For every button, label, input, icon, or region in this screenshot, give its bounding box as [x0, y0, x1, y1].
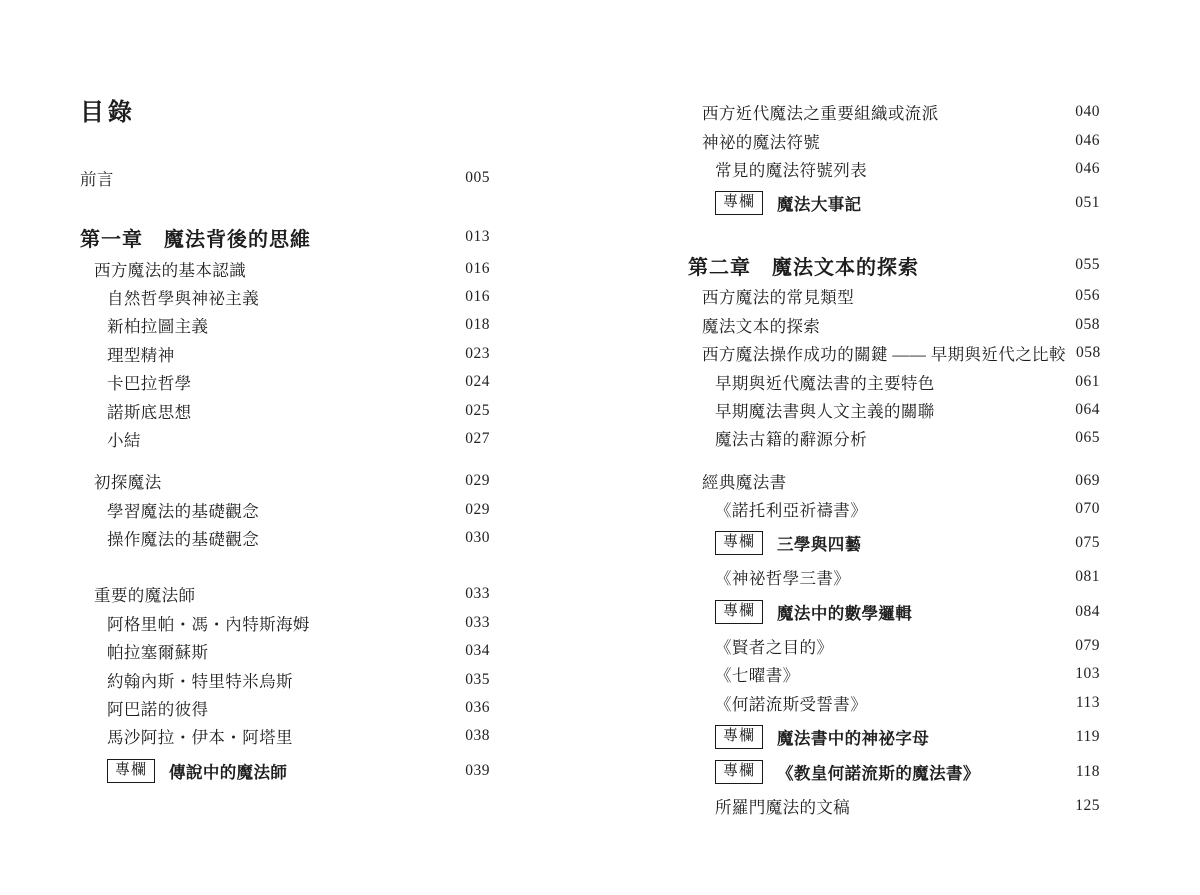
- toc-column-feature-row: 專欄三學與四藝075: [688, 528, 1100, 558]
- toc-entry-label: 所羅門魔法的文稿: [715, 794, 850, 818]
- toc-entry-row: 馬沙阿拉・伊本・阿塔里038: [80, 722, 490, 750]
- page-number: 029: [455, 472, 490, 490]
- page-number: 039: [455, 762, 490, 780]
- page-number: 125: [1065, 797, 1100, 815]
- column-badge: 專欄: [715, 600, 763, 624]
- page-number: 079: [1065, 637, 1100, 655]
- toc-entry-title: 魔法大事記: [777, 195, 862, 214]
- toc-entry-row: 西方魔法的常見類型056: [688, 282, 1100, 310]
- toc-group: 西方近代魔法之重要組織或流派040神祕的魔法符號046常見的魔法符號列表046專…: [688, 98, 1100, 218]
- toc-entry-label: 卡巴拉哲學: [107, 370, 192, 394]
- toc-entry-label: 小結: [107, 427, 141, 451]
- toc-entry-row: 帕拉塞爾蘇斯034: [80, 637, 490, 665]
- toc-group: 重要的魔法師033阿格里帕・馮・內特斯海姆033帕拉塞爾蘇斯034約翰內斯・特里…: [80, 580, 490, 785]
- toc-entry-label: 初探魔法: [94, 469, 162, 493]
- page-number: 040: [1065, 103, 1100, 121]
- toc-entry-row: 神祕的魔法符號046: [688, 126, 1100, 154]
- toc-entry-row: 自然哲學與神祕主義016: [80, 283, 490, 311]
- toc-entry-label: 專欄傳說中的魔法師: [107, 759, 287, 783]
- toc-entry-row: 所羅門魔法的文稿125: [688, 792, 1100, 820]
- toc-entry-label: 阿格里帕・馮・內特斯海姆: [107, 611, 310, 635]
- toc-entry-row: 西方魔法的基本認識016: [80, 254, 490, 282]
- page-number: 058: [1066, 344, 1101, 362]
- page-number: 069: [1065, 472, 1100, 490]
- toc-entry-label: 專欄魔法書中的神祕字母: [715, 725, 929, 749]
- toc-entry-title: 魔法中的數學邏輯: [777, 604, 912, 623]
- toc-entry-label: 西方魔法操作成功的關鍵 —— 早期與近代之比較: [702, 341, 1066, 365]
- toc-column-feature-row: 專欄魔法中的數學邏輯084: [688, 597, 1100, 627]
- toc-entry-row: 理型精神023: [80, 340, 490, 368]
- toc-entry-label: 自然哲學與神祕主義: [107, 285, 259, 309]
- column-badge: 專欄: [715, 191, 763, 215]
- page-number: 016: [455, 288, 490, 306]
- page-number: 036: [455, 699, 490, 717]
- toc-entry-label: 魔法文本的探索: [702, 313, 820, 337]
- page-number: 013: [455, 228, 490, 246]
- page-number: 051: [1065, 194, 1100, 212]
- toc-list-right: 西方近代魔法之重要組織或流派040神祕的魔法符號046常見的魔法符號列表046專…: [688, 98, 1100, 820]
- page-number: 065: [1065, 429, 1100, 447]
- toc-entry-row: 初探魔法029: [80, 467, 490, 495]
- page-number: 034: [455, 642, 490, 660]
- toc-entry-label: 經典魔法書: [702, 469, 787, 493]
- page-number: 033: [455, 614, 490, 632]
- page-number: 084: [1065, 603, 1100, 621]
- page-number: 061: [1065, 373, 1100, 391]
- toc-entry-row: 新柏拉圖主義018: [80, 311, 490, 339]
- toc-chapter-row: 第一章 魔法背後的思維013: [80, 220, 490, 254]
- toc-entry-label: 操作魔法的基礎觀念: [107, 526, 259, 550]
- page-number: 033: [455, 585, 490, 603]
- toc-entry-label: 第二章 魔法文本的探索: [688, 251, 919, 280]
- toc-entry-label: 西方魔法的常見類型: [702, 284, 854, 308]
- page-number: 119: [1066, 728, 1100, 746]
- page-number: 055: [1065, 256, 1100, 274]
- toc-group: 經典魔法書069《諾托利亞祈禱書》070專欄三學與四藝075《神祕哲學三書》08…: [688, 467, 1100, 821]
- toc-entry-row: 西方魔法操作成功的關鍵 —— 早期與近代之比較058: [688, 339, 1100, 367]
- toc-column-feature-row: 專欄魔法大事記051: [688, 188, 1100, 218]
- page-number: 070: [1065, 500, 1100, 518]
- toc-entry-label: 早期與近代魔法書的主要特色: [715, 370, 935, 394]
- page-number: 056: [1065, 287, 1100, 305]
- toc-entry-row: 卡巴拉哲學024: [80, 368, 490, 396]
- toc-entry-label: 第一章 魔法背後的思維: [80, 223, 311, 252]
- toc-entry-label: 新柏拉圖主義: [107, 313, 208, 337]
- page-title: 目錄: [80, 98, 490, 128]
- toc-entry-row: 《神祕哲學三書》081: [688, 563, 1100, 591]
- toc-column-feature-row: 專欄魔法書中的神祕字母119: [688, 722, 1100, 752]
- page-number: 046: [1065, 132, 1100, 150]
- toc-group: 第二章 魔法文本的探索055西方魔法的常見類型056魔法文本的探索058西方魔法…: [688, 248, 1100, 452]
- page-number: 058: [1065, 316, 1100, 334]
- toc-entry-row: 魔法古籍的辭源分析065: [688, 424, 1100, 452]
- page-number: 016: [455, 260, 490, 278]
- toc-column-left: 目錄 前言005第一章 魔法背後的思維013西方魔法的基本認識016自然哲學與神…: [80, 98, 490, 791]
- page-number: 029: [455, 501, 490, 519]
- page-number: 038: [455, 727, 490, 745]
- toc-entry-title: 魔法書中的神祕字母: [777, 729, 929, 748]
- toc-entry-row: 諾斯底思想025: [80, 396, 490, 424]
- toc-entry-row: 重要的魔法師033: [80, 580, 490, 608]
- page-number: 118: [1066, 763, 1100, 781]
- column-badge: 專欄: [715, 725, 763, 749]
- toc-entry-row: 經典魔法書069: [688, 467, 1100, 495]
- toc-entry-row: 早期與近代魔法書的主要特色061: [688, 367, 1100, 395]
- toc-group: 前言005: [80, 164, 490, 192]
- page-number: 005: [455, 169, 490, 187]
- toc-entry-label: 《神祕哲學三書》: [715, 565, 850, 589]
- toc-entry-title: 《教皇何諾流斯的魔法書》: [777, 764, 980, 783]
- page-number: 023: [455, 345, 490, 363]
- toc-entry-title: 傳說中的魔法師: [169, 763, 287, 782]
- toc-entry-row: 魔法文本的探索058: [688, 311, 1100, 339]
- toc-column-feature-row: 專欄《教皇何諾流斯的魔法書》118: [688, 757, 1100, 787]
- page-number: 081: [1065, 568, 1100, 586]
- toc-group: 初探魔法029學習魔法的基礎觀念029操作魔法的基礎觀念030: [80, 467, 490, 552]
- toc-entry-label: 重要的魔法師: [94, 582, 195, 606]
- page-number: 024: [455, 373, 490, 391]
- toc-entry-label: 專欄魔法中的數學邏輯: [715, 600, 912, 624]
- toc-entry-row: 早期魔法書與人文主義的關聯064: [688, 396, 1100, 424]
- toc-entry-label: 帕拉塞爾蘇斯: [107, 639, 208, 663]
- toc-entry-row: 約翰內斯・特里特米烏斯035: [80, 665, 490, 693]
- toc-entry-row: 西方近代魔法之重要組織或流派040: [688, 98, 1100, 126]
- toc-column-feature-row: 專欄傳說中的魔法師039: [80, 756, 490, 786]
- toc-entry-row: 阿格里帕・馮・內特斯海姆033: [80, 609, 490, 637]
- toc-entry-label: 《七曜書》: [715, 662, 800, 686]
- toc-entry-row: 前言005: [80, 164, 490, 192]
- page-number: 025: [455, 402, 490, 420]
- toc-entry-label: 魔法古籍的辭源分析: [715, 426, 867, 450]
- toc-list-left: 前言005第一章 魔法背後的思維013西方魔法的基本認識016自然哲學與神祕主義…: [80, 164, 490, 786]
- column-badge: 專欄: [107, 759, 155, 783]
- page-number: 027: [455, 430, 490, 448]
- toc-entry-row: 《七曜書》103: [688, 660, 1100, 688]
- page-number: 018: [455, 316, 490, 334]
- toc-entry-label: 西方近代魔法之重要組織或流派: [702, 100, 939, 124]
- toc-entry-label: 早期魔法書與人文主義的關聯: [715, 398, 935, 422]
- toc-entry-label: 西方魔法的基本認識: [94, 257, 246, 281]
- toc-entry-label: 專欄三學與四藝: [715, 531, 862, 555]
- page-number: 113: [1066, 694, 1100, 712]
- toc-chapter-row: 第二章 魔法文本的探索055: [688, 248, 1100, 282]
- toc-entry-title: 三學與四藝: [777, 535, 862, 554]
- toc-entry-label: 神祕的魔法符號: [702, 129, 820, 153]
- toc-entry-label: 《何諾流斯受誓書》: [715, 691, 867, 715]
- toc-entry-label: 常見的魔法符號列表: [715, 157, 867, 181]
- toc-entry-label: 約翰內斯・特里特米烏斯: [107, 668, 293, 692]
- toc-entry-row: 阿巴諾的彼得036: [80, 694, 490, 722]
- toc-entry-row: 操作魔法的基礎觀念030: [80, 524, 490, 552]
- toc-entry-label: 《賢者之目的》: [715, 634, 833, 658]
- page-number: 035: [455, 671, 490, 689]
- column-badge: 專欄: [715, 531, 763, 555]
- toc-entry-label: 專欄《教皇何諾流斯的魔法書》: [715, 760, 980, 784]
- toc-entry-label: 馬沙阿拉・伊本・阿塔里: [107, 724, 293, 748]
- toc-entry-label: 專欄魔法大事記: [715, 191, 862, 215]
- toc-entry-label: 《諾托利亞祈禱書》: [715, 497, 867, 521]
- toc-entry-row: 《諾托利亞祈禱書》070: [688, 495, 1100, 523]
- toc-entry-label: 前言: [80, 166, 114, 190]
- page-number: 046: [1065, 160, 1100, 178]
- toc-entry-row: 常見的魔法符號列表046: [688, 155, 1100, 183]
- page-number: 030: [455, 529, 490, 547]
- column-badge: 專欄: [715, 760, 763, 784]
- toc-entry-label: 理型精神: [107, 342, 175, 366]
- toc-group: 第一章 魔法背後的思維013西方魔法的基本認識016自然哲學與神祕主義016新柏…: [80, 220, 490, 453]
- toc-entry-label: 諾斯底思想: [107, 399, 192, 423]
- toc-entry-label: 學習魔法的基礎觀念: [107, 498, 259, 522]
- page-number: 064: [1065, 401, 1100, 419]
- toc-entry-row: 小結027: [80, 425, 490, 453]
- toc-entry-label: 阿巴諾的彼得: [107, 696, 208, 720]
- page-number: 103: [1065, 665, 1100, 683]
- toc-entry-row: 《何諾流斯受誓書》113: [688, 688, 1100, 716]
- toc-entry-row: 《賢者之目的》079: [688, 632, 1100, 660]
- toc-column-right: 西方近代魔法之重要組織或流派040神祕的魔法符號046常見的魔法符號列表046專…: [688, 98, 1100, 820]
- toc-entry-row: 學習魔法的基礎觀念029: [80, 496, 490, 524]
- page-number: 075: [1065, 534, 1100, 552]
